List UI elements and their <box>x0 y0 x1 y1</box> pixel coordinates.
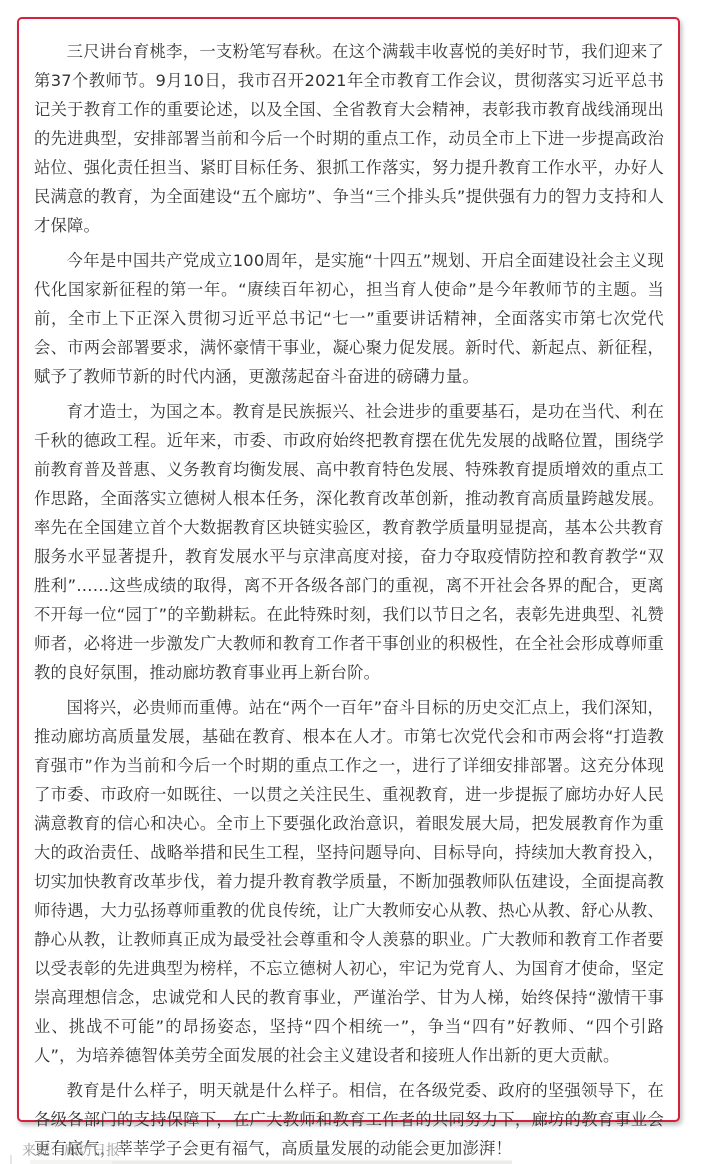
article-paragraph-1: 三尺讲台育桃李，一支粉笔写春秋。在这个满载丰收喜悦的美好时节，我们迎来了第37个… <box>34 37 664 240</box>
article-paragraph-5: 教育是什么样子，明天就是什么样子。相信，在各级党委、政府的坚强领导下，在各级各部… <box>34 1076 664 1163</box>
article-paragraph-4: 国将兴，必贵师而重傅。站在“两个一百年”奋斗目标的历史交汇点上，我们深知，推动廊… <box>34 693 664 1070</box>
source-attribution: 来源：廊坊日报 <box>22 1141 120 1161</box>
article-paragraph-3: 育才造士，为国之本。教育是民族振兴、社会进步的重要基石，是功在当代、利在千秋的德… <box>34 397 664 687</box>
divider <box>10 1155 12 1164</box>
article-box: 三尺讲台育桃李，一支粉笔写春秋。在这个满载丰收喜悦的美好时节，我们迎来了第37个… <box>17 17 680 1122</box>
article-paragraph-2: 今年是中国共产党成立100周年，是实施“十四五”规划、开启全面建设社会主义现代化… <box>34 246 664 391</box>
